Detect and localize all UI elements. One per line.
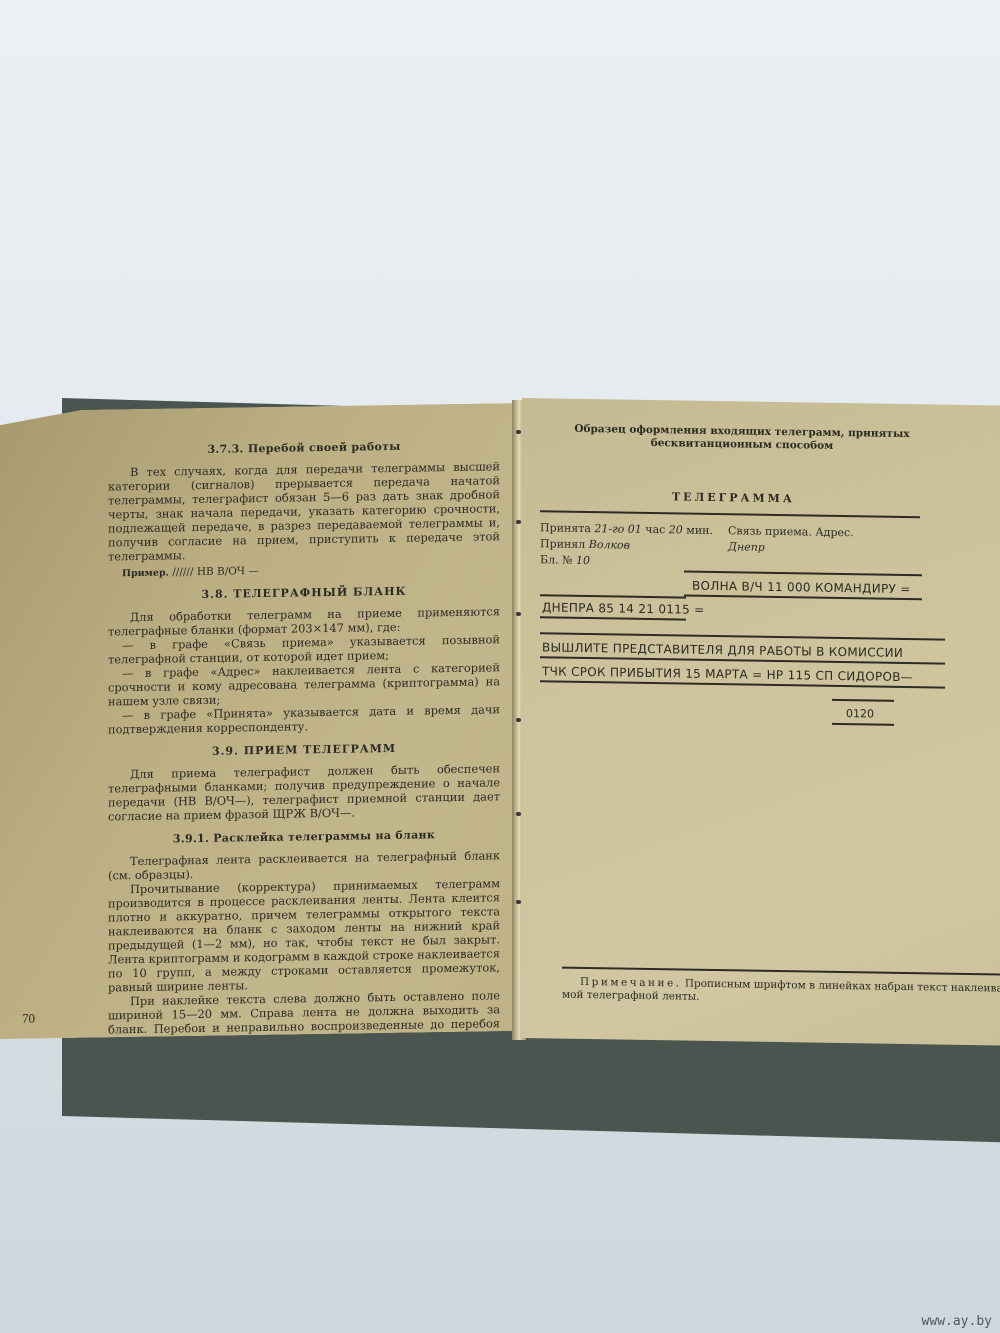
example-line: Пример. ////// НВ В/ОЧ —	[122, 561, 500, 579]
list-item: — в графе «Принята» указывается дата и в…	[108, 702, 500, 736]
tape-header: ДНЕПРА 85 14 21 0115 =	[542, 600, 705, 617]
example-text: ////// НВ В/ОЧ —	[172, 565, 259, 578]
section-heading: 3.9. ПРИЕМ ТЕЛЕГРАММ	[108, 740, 500, 759]
paragraph: В тех случаях, когда для передачи телегр…	[108, 459, 500, 563]
received-block: Принята 21-го 01 час 20 мин. Принял Волк…	[540, 520, 713, 571]
tape-rule	[540, 616, 686, 620]
binding-stitch	[516, 718, 521, 722]
example-label: Пример.	[122, 567, 169, 579]
tape-rule	[540, 632, 945, 640]
binding-stitch	[516, 520, 521, 524]
left-page: 3.7.3. Перебой своей работы В тех случая…	[0, 403, 518, 1039]
binding-stitch	[516, 430, 521, 434]
section-heading: 3.9.1. Расклейка телеграммы на бланк	[108, 827, 500, 846]
paragraph: Для приема телеграфист должен быть обесп…	[108, 761, 500, 823]
list-item: — в графе «Адрес» наклеивается лента с к…	[108, 660, 500, 708]
binding-stitch	[516, 612, 521, 616]
link-label: Связь приема. Адрес.	[728, 523, 854, 541]
form-rule	[540, 510, 920, 517]
paragraph: Прочитывание (корректура) принимаемых те…	[108, 876, 500, 994]
watermark: www.ay.by	[922, 1314, 992, 1329]
left-page-text: 3.7.3. Перебой своей работы В тех случая…	[108, 428, 500, 1134]
footnote: Примечание. Прописным шрифтом в линейках…	[562, 976, 1000, 1009]
binding-stitch	[516, 900, 521, 904]
link-block: Связь приема. Адрес. Днепр	[728, 523, 854, 557]
tape-time: 0120	[846, 707, 874, 720]
tape-address: ВОЛНА В/Ч 11 000 КОМАНДИРУ =	[692, 579, 911, 596]
tape-rule	[540, 594, 686, 598]
page-number: 70	[22, 1011, 35, 1027]
tape-rule	[684, 571, 922, 576]
right-page: Образец оформления входящих телеграмм, п…	[522, 398, 1000, 1046]
binding-stitch	[516, 812, 521, 816]
section-heading: 3.8. ТЕЛЕГРАФНЫЙ БЛАНК	[108, 583, 500, 602]
note-label: Примечание.	[580, 976, 682, 990]
blank-number-line: Бл. № 10	[540, 552, 713, 571]
link-value: Днепр	[728, 540, 765, 554]
form-caption: Образец оформления входящих телеграмм, п…	[572, 423, 912, 454]
note-rule	[562, 967, 1000, 975]
section-heading: 3.7.3. Перебой своей работы	[108, 438, 500, 457]
tape-rule	[832, 699, 894, 701]
tape-rule	[832, 723, 894, 725]
form-title: ТЕЛЕГРАММА	[672, 490, 795, 505]
